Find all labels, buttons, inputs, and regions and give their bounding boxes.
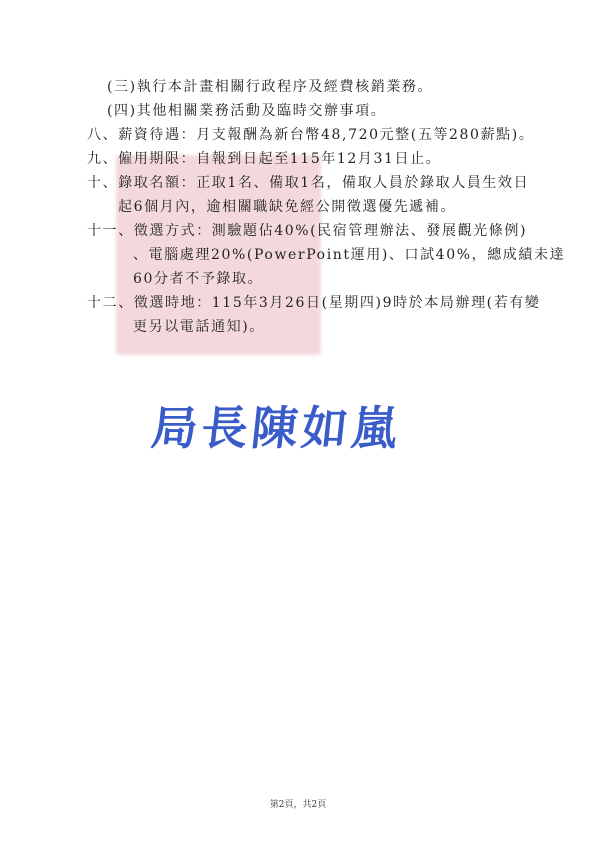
page-number-footer: 第2頁，共2頁 <box>0 797 596 810</box>
salary-clause: 八、薪資待遇：月支報酬為新台幣48,720元整(五等280薪點)。 <box>87 125 534 145</box>
selection-time-place-cont: 更另以電話通知)。 <box>133 317 265 337</box>
employment-period-clause: 九、僱用期限：自報到日起至115年12月31日止。 <box>87 149 441 169</box>
quota-clause: 十、錄取名額：正取1名、備取1名，備取人員於錄取人員生效日 <box>87 173 529 193</box>
selection-method-clause: 十一、徵選方式：測驗題佔40%(民宿管理辦法、發展觀光條例) <box>87 221 527 241</box>
selection-method-cont: 、電腦處理20%(PowerPoint運用)、口試40%，總成績未達 <box>133 245 565 265</box>
quota-clause-cont: 起6個月內，逾相關職缺免經公開徵選優先遞補。 <box>118 197 456 217</box>
duty-item-3: (三)執行本計畫相關行政程序及經費核銷業務。 <box>107 77 433 97</box>
selection-method-cont2: 60分者不予錄取。 <box>133 269 263 289</box>
director-signature: 局長陳如嵐 <box>149 392 406 458</box>
selection-time-place-clause: 十二、徵選時地：115年3月26日(星期四)9時於本局辦理(若有變 <box>87 293 541 313</box>
duty-item-4: (四)其他相關業務活動及臨時交辦事項。 <box>107 101 386 121</box>
